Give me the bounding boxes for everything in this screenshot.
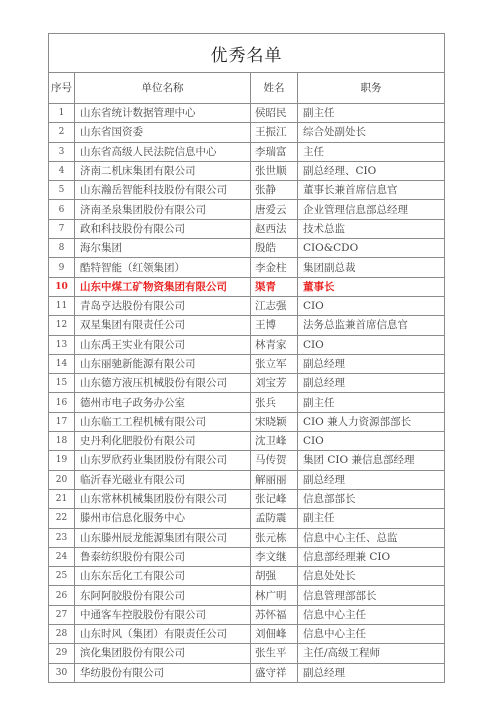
row-organization: 山东省高级人民法院信息中心 xyxy=(75,142,251,161)
row-position: 副总经理 xyxy=(298,374,445,393)
row-name: 殷皓 xyxy=(251,239,298,258)
row-index: 5 xyxy=(49,181,75,200)
row-index: 9 xyxy=(49,258,75,277)
row-organization: 双星集团有限责任公司 xyxy=(75,316,251,335)
header-name: 姓名 xyxy=(251,73,298,104)
table-row: 27中通客车控股股份有限公司苏怀福信息中心主任 xyxy=(49,605,445,624)
row-position: 集团 CIO 兼信息部经理 xyxy=(298,451,445,470)
row-index: 13 xyxy=(49,335,75,354)
table-row: 30华纺股份有限公司盛守祥副总经理 xyxy=(49,663,445,682)
table-row: 6济南圣泉集团股份有限公司唐爱云企业管理信息部总经理 xyxy=(49,200,445,219)
table-row: 9酷特智能（红领集团）李金柱集团副总裁 xyxy=(49,258,445,277)
table-row-highlighted: 10山东中煤工矿物资集团有限公司渠青董事长 xyxy=(49,277,445,296)
row-name: 张元栋 xyxy=(251,528,298,547)
row-index: 27 xyxy=(49,605,75,624)
row-position: 信息中心主任 xyxy=(298,625,445,644)
row-position: 副主任 xyxy=(298,104,445,123)
row-organization: 鲁泰纺织股份有限公司 xyxy=(75,547,251,566)
row-name: 李文继 xyxy=(251,547,298,566)
row-organization: 山东禹王实业有限公司 xyxy=(75,335,251,354)
row-position: CIO 兼人力资源部部长 xyxy=(298,412,445,431)
row-name: 李金柱 xyxy=(251,258,298,277)
row-organization: 临沂春光磁业有限公司 xyxy=(75,470,251,489)
table-row: 4济南二机床集团有限公司张世顺副总经理、CIO xyxy=(49,161,445,180)
table-row: 7政和科技股份有限公司赵西法技术总监 xyxy=(49,219,445,238)
row-position: 副总经理、CIO xyxy=(298,161,445,180)
table-row: 28山东时风（集团）有限责任公司刘佃峰信息中心主任 xyxy=(49,625,445,644)
row-name: 张记峰 xyxy=(251,489,298,508)
row-name: 宋晓颖 xyxy=(251,412,298,431)
row-position: 副总经理 xyxy=(298,354,445,373)
row-position: 集团副总裁 xyxy=(298,258,445,277)
row-index: 4 xyxy=(49,161,75,180)
table-row: 15山东德方液压机械股份有限公司刘宝芳副总经理 xyxy=(49,374,445,393)
row-name: 沈卫峰 xyxy=(251,432,298,451)
row-organization: 山东东岳化工有限公司 xyxy=(75,567,251,586)
row-organization: 史丹利化肥股份有限公司 xyxy=(75,432,251,451)
row-organization: 德州市电子政务办公室 xyxy=(75,393,251,412)
row-organization: 中通客车控股股份有限公司 xyxy=(75,605,251,624)
row-index: 8 xyxy=(49,239,75,258)
row-organization: 济南圣泉集团股份有限公司 xyxy=(75,200,251,219)
row-position: 副主任 xyxy=(298,393,445,412)
row-index: 6 xyxy=(49,200,75,219)
table-row: 11青岛亨达股份有限公司江志强CIO xyxy=(49,296,445,315)
row-organization: 济南二机床集团有限公司 xyxy=(75,161,251,180)
table-row: 18史丹利化肥股份有限公司沈卫峰CIO xyxy=(49,432,445,451)
row-name: 李瑞富 xyxy=(251,142,298,161)
row-position: 信息部部长 xyxy=(298,489,445,508)
row-index: 3 xyxy=(49,142,75,161)
row-position: CIO xyxy=(298,335,445,354)
row-index: 23 xyxy=(49,528,75,547)
row-name: 盛守祥 xyxy=(251,663,298,682)
table-row: 8海尔集团殷皓CIO&CDO xyxy=(49,239,445,258)
row-position: 主任 xyxy=(298,142,445,161)
table-row: 17山东临工工程机械有限公司宋晓颖CIO 兼人力资源部部长 xyxy=(49,412,445,431)
table-row: 13山东禹王实业有限公司林青家CIO xyxy=(49,335,445,354)
table-row: 21山东常林机械集团股份有限公司张记峰信息部部长 xyxy=(49,489,445,508)
row-organization: 政和科技股份有限公司 xyxy=(75,219,251,238)
row-organization: 滕州市信息化服务中心 xyxy=(75,509,251,528)
row-index: 29 xyxy=(49,644,75,663)
row-organization: 滨化集团股份有限公司 xyxy=(75,644,251,663)
row-name: 解丽丽 xyxy=(251,470,298,489)
header-index: 序号 xyxy=(49,73,75,104)
row-position: 信息中心主任 xyxy=(298,605,445,624)
row-organization: 山东中煤工矿物资集团有限公司 xyxy=(75,277,251,296)
row-index: 10 xyxy=(49,277,75,296)
row-position: 董事长兼首席信息官 xyxy=(298,181,445,200)
row-position: 副总经理 xyxy=(298,470,445,489)
table-row: 25山东东岳化工有限公司胡强信息处处长 xyxy=(49,567,445,586)
row-name: 林广明 xyxy=(251,586,298,605)
row-name: 张立军 xyxy=(251,354,298,373)
row-organization: 山东时风（集团）有限责任公司 xyxy=(75,625,251,644)
row-name: 刘宝芳 xyxy=(251,374,298,393)
row-index: 2 xyxy=(49,123,75,142)
row-name: 张兵 xyxy=(251,393,298,412)
row-organization: 山东德方液压机械股份有限公司 xyxy=(75,374,251,393)
row-position: 副主任 xyxy=(298,509,445,528)
row-position: 综合处副处长 xyxy=(298,123,445,142)
table-row: 2山东省国资委王振江综合处副处长 xyxy=(49,123,445,142)
row-organization: 山东丽驰新能源有限公司 xyxy=(75,354,251,373)
row-index: 28 xyxy=(49,625,75,644)
row-name: 刘佃峰 xyxy=(251,625,298,644)
row-name: 王博 xyxy=(251,316,298,335)
table-row: 23山东滕州辰龙能源集团有限公司张元栋信息中心主任、总监 xyxy=(49,528,445,547)
row-index: 19 xyxy=(49,451,75,470)
table-row: 1山东省统计数据管理中心侯昭民副主任 xyxy=(49,104,445,123)
row-position: 法务总监兼首席信息官 xyxy=(298,316,445,335)
header-organization: 单位名称 xyxy=(75,73,251,104)
row-index: 14 xyxy=(49,354,75,373)
row-index: 12 xyxy=(49,316,75,335)
table-row: 20临沂春光磁业有限公司解丽丽副总经理 xyxy=(49,470,445,489)
row-index: 18 xyxy=(49,432,75,451)
row-index: 24 xyxy=(49,547,75,566)
row-organization: 山东常林机械集团股份有限公司 xyxy=(75,489,251,508)
header-position: 职务 xyxy=(298,73,445,104)
row-organization: 山东瀚岳智能科技股份有限公司 xyxy=(75,181,251,200)
row-position: CIO&CDO xyxy=(298,239,445,258)
row-organization: 山东省国资委 xyxy=(75,123,251,142)
row-position: CIO xyxy=(298,432,445,451)
row-organization: 山东省统计数据管理中心 xyxy=(75,104,251,123)
row-index: 21 xyxy=(49,489,75,508)
table-row: 24鲁泰纺织股份有限公司李文继信息部经理兼 CIO xyxy=(49,547,445,566)
row-organization: 海尔集团 xyxy=(75,239,251,258)
row-name: 马传贺 xyxy=(251,451,298,470)
row-organization: 东阿阿胶股份有限公司 xyxy=(75,586,251,605)
row-position: 信息处处长 xyxy=(298,567,445,586)
table-row: 29滨化集团股份有限公司张生平主任/高级工程师 xyxy=(49,644,445,663)
row-name: 苏怀福 xyxy=(251,605,298,624)
table-row: 22滕州市信息化服务中心孟防震副主任 xyxy=(49,509,445,528)
row-index: 7 xyxy=(49,219,75,238)
row-name: 张生平 xyxy=(251,644,298,663)
row-organization: 山东罗欣药业集团股份有限公司 xyxy=(75,451,251,470)
row-name: 王振江 xyxy=(251,123,298,142)
row-index: 11 xyxy=(49,296,75,315)
honor-list-table: 优秀名单 序号 单位名称 姓名 职务 1山东省统计数据管理中心侯昭民副主任2山东… xyxy=(48,33,445,683)
title-row: 优秀名单 xyxy=(49,34,445,73)
table-row: 16德州市电子政务办公室张兵副主任 xyxy=(49,393,445,412)
row-name: 渠青 xyxy=(251,277,298,296)
row-name: 孟防震 xyxy=(251,509,298,528)
row-name: 张静 xyxy=(251,181,298,200)
row-index: 1 xyxy=(49,104,75,123)
row-position: 信息中心主任、总监 xyxy=(298,528,445,547)
row-index: 17 xyxy=(49,412,75,431)
row-index: 15 xyxy=(49,374,75,393)
row-index: 30 xyxy=(49,663,75,682)
row-position: 信息管理部部长 xyxy=(298,586,445,605)
document-title: 优秀名单 xyxy=(49,34,445,73)
row-index: 22 xyxy=(49,509,75,528)
row-index: 20 xyxy=(49,470,75,489)
row-name: 侯昭民 xyxy=(251,104,298,123)
row-organization: 山东滕州辰龙能源集团有限公司 xyxy=(75,528,251,547)
row-index: 25 xyxy=(49,567,75,586)
row-organization: 青岛亨达股份有限公司 xyxy=(75,296,251,315)
row-position: CIO xyxy=(298,296,445,315)
row-position: 企业管理信息部总经理 xyxy=(298,200,445,219)
row-organization: 山东临工工程机械有限公司 xyxy=(75,412,251,431)
table-row: 19山东罗欣药业集团股份有限公司马传贺集团 CIO 兼信息部经理 xyxy=(49,451,445,470)
row-name: 江志强 xyxy=(251,296,298,315)
table-row: 12双星集团有限责任公司王博法务总监兼首席信息官 xyxy=(49,316,445,335)
row-name: 张世顺 xyxy=(251,161,298,180)
row-organization: 酷特智能（红领集团） xyxy=(75,258,251,277)
header-row: 序号 单位名称 姓名 职务 xyxy=(49,73,445,104)
row-position: 技术总监 xyxy=(298,219,445,238)
row-index: 16 xyxy=(49,393,75,412)
row-organization: 华纺股份有限公司 xyxy=(75,663,251,682)
table-row: 14山东丽驰新能源有限公司张立军副总经理 xyxy=(49,354,445,373)
table-row: 26东阿阿胶股份有限公司林广明信息管理部部长 xyxy=(49,586,445,605)
table-row: 5山东瀚岳智能科技股份有限公司张静董事长兼首席信息官 xyxy=(49,181,445,200)
row-name: 胡强 xyxy=(251,567,298,586)
row-name: 唐爱云 xyxy=(251,200,298,219)
row-position: 董事长 xyxy=(298,277,445,296)
row-position: 主任/高级工程师 xyxy=(298,644,445,663)
table-row: 3山东省高级人民法院信息中心李瑞富主任 xyxy=(49,142,445,161)
row-name: 林青家 xyxy=(251,335,298,354)
row-position: 信息部经理兼 CIO xyxy=(298,547,445,566)
row-position: 副总经理 xyxy=(298,663,445,682)
row-name: 赵西法 xyxy=(251,219,298,238)
row-index: 26 xyxy=(49,586,75,605)
